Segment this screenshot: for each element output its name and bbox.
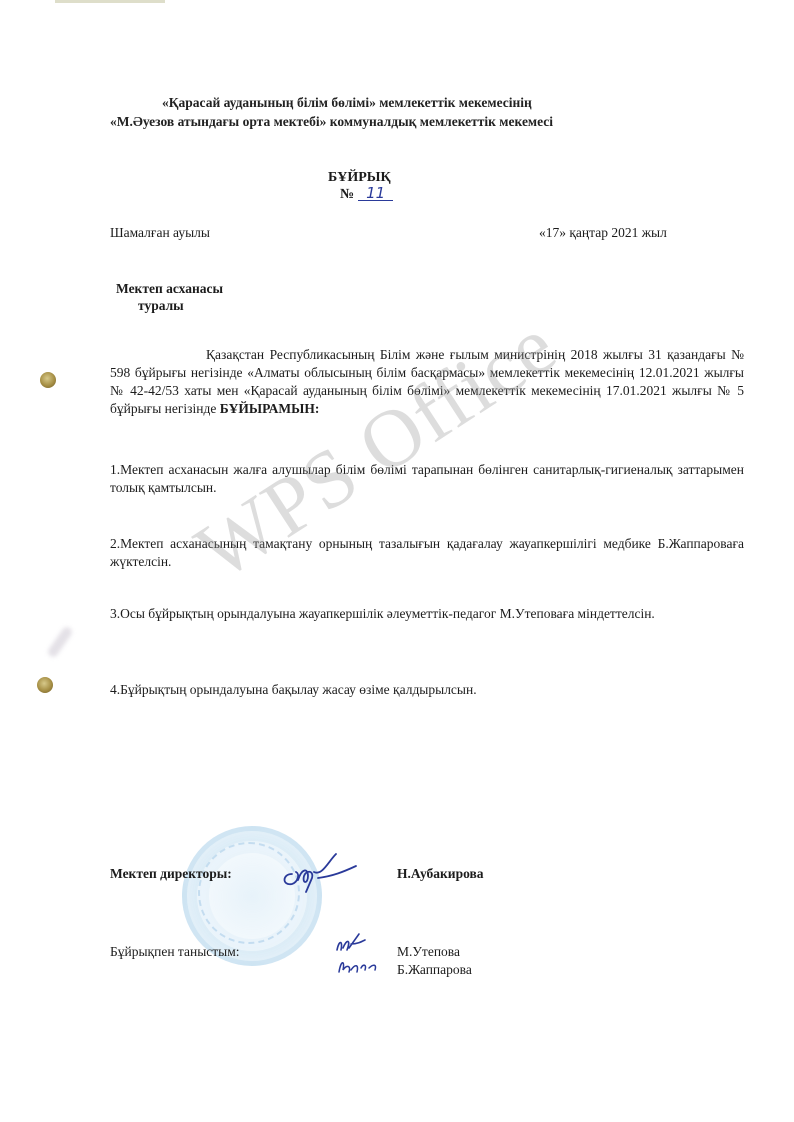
- order-subject-line-2: туралы: [116, 297, 223, 314]
- header-organization-line-1: «Қарасай ауданының білім бөлімі» мемлеке…: [162, 95, 532, 111]
- order-number-prefix: №: [340, 187, 354, 202]
- order-item-3: 3.Осы бұйрықтың орындалуына жауапкершілі…: [110, 605, 744, 623]
- punch-hole-bottom: [37, 677, 53, 693]
- acquainted-signatures-icon: [333, 930, 389, 980]
- place-of-issue: Шамалған ауылы: [110, 225, 210, 241]
- scan-smudge: [46, 625, 74, 659]
- order-number: №11: [340, 186, 393, 203]
- scan-edge-smear: [55, 0, 165, 3]
- director-name: Н.Аубакирова: [397, 866, 484, 882]
- header-organization-line-2: «М.Әуезов атындағы орта мектебі» коммуна…: [110, 114, 553, 130]
- order-item-1: 1.Мектеп асханасын жалға алушылар білім …: [110, 461, 744, 497]
- order-subject-line-1: Мектеп асханасы: [116, 280, 223, 297]
- order-item-4: 4.Бұйрықтың орындалуына бақылау жасау өз…: [110, 681, 744, 699]
- punch-hole-top: [40, 372, 56, 388]
- order-number-handwritten: 11: [358, 186, 393, 201]
- director-signature-icon: [278, 846, 358, 896]
- order-subject: Мектеп асханасы туралы: [116, 280, 223, 314]
- acquainted-name-2: Б.Жаппарова: [397, 962, 472, 978]
- preamble-text: Қазақстан Республикасының Білім және ғыл…: [110, 347, 744, 416]
- decree-word: БҰЙЫРАМЫН:: [220, 401, 320, 416]
- order-item-2: 2.Мектеп асханасының тамақтану орнының т…: [110, 535, 744, 571]
- issue-date: «17» қаңтар 2021 жыл: [539, 225, 667, 241]
- acquainted-name-1: М.Утепова: [397, 944, 460, 960]
- acquainted-label: Бұйрықпен таныстым:: [110, 944, 240, 960]
- preamble-paragraph: Қазақстан Республикасының Білім және ғыл…: [110, 346, 744, 418]
- director-label: Мектеп директоры:: [110, 866, 232, 882]
